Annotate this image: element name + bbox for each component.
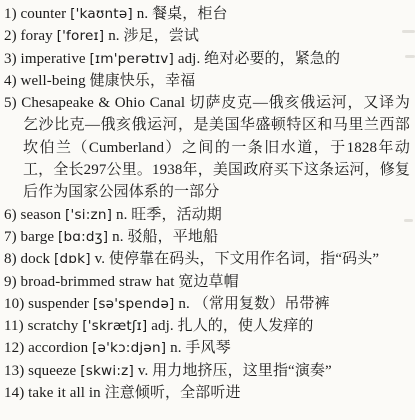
entry-number-and-term: 4) well-being (4, 73, 86, 89)
entry-number-and-term: 12) accordion (4, 340, 88, 356)
vocab-entry: 6) season ['si:zn] n. 旺季，活动期 (4, 204, 410, 226)
entry-definition: n. 驳船，平地船 (112, 229, 218, 245)
entry-number-and-term: 14) take it all in (4, 385, 101, 401)
entry-number-and-term: 6) season (4, 207, 61, 223)
entry-phonetic: [bɑ:dʒ] (58, 229, 108, 245)
vocab-entry: 7) barge [bɑ:dʒ] n. 驳船，平地船 (4, 226, 410, 248)
entry-definition: n. 餐桌，柜台 (137, 6, 228, 22)
entry-definition: n. 手风琴 (170, 340, 231, 356)
vocab-entry: 10) suspender [sə'spendə] n. （常用复数）吊带裤 (4, 293, 410, 315)
entry-number-and-term: 3) imperative (4, 51, 86, 67)
entry-definition: v. 用力地挤压，这里指“演奏” (138, 363, 332, 379)
vocab-entry: 9) broad-brimmed straw hat 宽边草帽 (4, 271, 410, 293)
entry-definition: 健康快乐，幸福 (90, 73, 196, 89)
entry-phonetic: [skwi:z] (80, 363, 134, 379)
entry-definition: 注意倾听，全部听进 (105, 385, 241, 401)
vocab-entry: 5) Chesapeake & Ohio Canal 切萨皮克—俄亥俄运河，又译… (4, 92, 410, 203)
entry-definition: v. 使停靠在码头，下文用作名词，指“码头” (95, 251, 380, 267)
vocab-list: 1) counter ['kaʊntə] n. 餐桌，柜台2) foray ['… (0, 0, 415, 404)
vocab-entry: 12) accordion [ə'kɔ:djən] n. 手风琴 (4, 337, 410, 359)
entry-phonetic: ['skrætʃɪ] (82, 318, 147, 334)
entry-number-and-term: 11) scratchy (4, 318, 78, 334)
vocab-entry: 3) imperative [ɪm'perətɪv] adj. 绝对必要的，紧急… (4, 48, 410, 70)
scan-smudge (405, 55, 415, 58)
entry-phonetic: ['foreɪ] (57, 28, 105, 44)
entry-definition: 宽边草帽 (178, 274, 238, 290)
entry-phonetic: [ə'kɔ:djən] (92, 340, 166, 356)
entry-definition: n. 涉足，尝试 (108, 28, 199, 44)
entry-phonetic: ['kaʊntə] (70, 6, 133, 22)
vocab-entry: 4) well-being 健康快乐，幸福 (4, 70, 410, 92)
vocab-entry: 14) take it all in 注意倾听，全部听进 (4, 382, 410, 404)
entry-phonetic: [dɒk] (54, 251, 91, 267)
entry-number-and-term: 13) squeeze (4, 363, 76, 379)
entry-definition: n. 旺季，活动期 (116, 207, 222, 223)
entry-number-and-term: 5) Chesapeake & Ohio Canal (4, 95, 185, 111)
entry-phonetic: [ɪm'perətɪv] (90, 51, 174, 67)
entry-number-and-term: 10) suspender (4, 296, 89, 312)
entry-number-and-term: 8) dock (4, 251, 50, 267)
entry-definition: n. （常用复数）吊带裤 (178, 296, 329, 312)
entry-phonetic: [sə'spendə] (93, 296, 175, 312)
vocab-entry: 2) foray ['foreɪ] n. 涉足，尝试 (4, 25, 410, 47)
vocab-entry: 13) squeeze [skwi:z] v. 用力地挤压，这里指“演奏” (4, 360, 410, 382)
entry-number-and-term: 1) counter (4, 6, 66, 22)
entry-definition: adj. 扎人的，使人发痒的 (151, 318, 313, 334)
scan-smudge (402, 30, 415, 33)
entry-phonetic: ['si:zn] (65, 207, 112, 223)
vocab-entry: 8) dock [dɒk] v. 使停靠在码头，下文用作名词，指“码头” (4, 248, 410, 270)
vocab-entry: 11) scratchy ['skrætʃɪ] adj. 扎人的，使人发痒的 (4, 315, 410, 337)
entry-number-and-term: 7) barge (4, 229, 54, 245)
entry-number-and-term: 2) foray (4, 28, 53, 44)
entry-number-and-term: 9) broad-brimmed straw hat (4, 274, 174, 290)
vocab-entry: 1) counter ['kaʊntə] n. 餐桌，柜台 (4, 3, 410, 25)
entry-definition: adj. 绝对必要的，紧急的 (178, 51, 340, 67)
scan-smudge (404, 219, 413, 222)
